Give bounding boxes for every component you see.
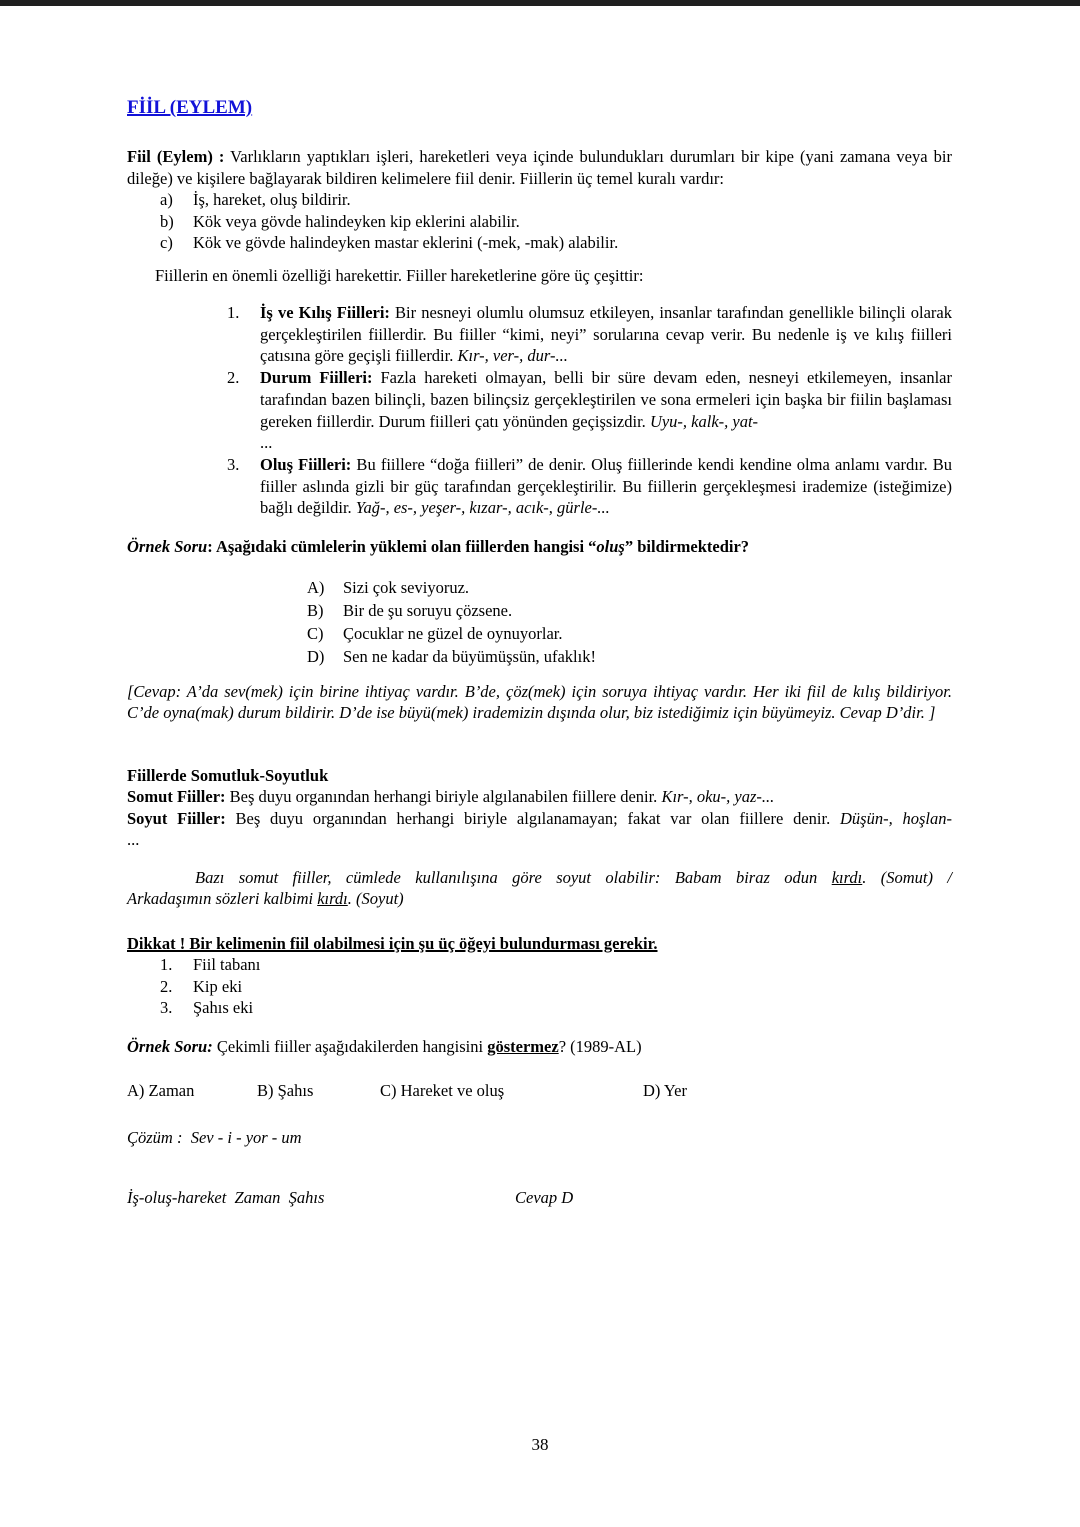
option-d: D) Yer — [643, 1080, 687, 1102]
item-examples: Kır-, ver-, dur-... — [457, 346, 567, 365]
option-label: D) — [307, 645, 343, 668]
item-text: Kip eki — [193, 977, 242, 996]
item-name: Durum Fiilleri: — [260, 368, 372, 387]
dikkat-heading: Dikkat ! Bir kelimenin fiil olabilmesi i… — [127, 933, 952, 955]
example-question-1: Örnek Soru: Aşağıdaki cümlelerin yüklemi… — [127, 536, 952, 558]
rules-list: a)İş, hareket, oluş bildirir. b)Kök veya… — [127, 189, 952, 254]
page-number: 38 — [0, 1434, 1080, 1456]
option-text: Sen ne kadar da büyümüşsün, ufaklık! — [343, 647, 596, 666]
question-colon: : — [207, 537, 216, 556]
verb-type-item: 1.İş ve Kılış Fiilleri: Bir nesneyi olum… — [127, 302, 952, 367]
page-title: FİİL (EYLEM) — [127, 97, 952, 119]
question-text: Aşağıdaki cümlelerin yüklemi olan fiille… — [216, 537, 596, 556]
intro-text: Varlıkların yaptıkları işleri, hareketle… — [127, 147, 952, 188]
question-label: Örnek Soru — [127, 537, 207, 556]
dikkat-list: 1.Fiil tabanı 2.Kip eki 3.Şahıs eki — [127, 954, 952, 1019]
note-text: Bazı somut fiiller, cümlede kullanılışın… — [195, 868, 832, 887]
note-line: Bazı somut fiiller, cümlede kullanılışın… — [127, 867, 952, 889]
note-slash: / — [947, 868, 952, 887]
somutluk-heading: Fiillerde Somutluk-Soyutluk — [127, 765, 952, 787]
rule-text: Kök ve gövde halindeyken mastar eklerini… — [193, 233, 618, 252]
option-row: C)Çocuklar ne güzel de oynuyorlar. — [127, 622, 952, 645]
note-text: . (Soyut) — [348, 889, 404, 908]
solution-text: Sev - i - yor - um — [191, 1128, 302, 1147]
option-label: C) — [307, 622, 343, 645]
transition-paragraph: Fiillerin en önemli özelliği harekettir.… — [127, 265, 952, 287]
item-number: 3. — [160, 997, 193, 1019]
somut-soyut-note: Bazı somut fiiller, cümlede kullanılışın… — [127, 867, 952, 910]
rule-item: a)İş, hareket, oluş bildirir. — [127, 189, 952, 211]
solution-label: Çözüm : — [127, 1128, 191, 1147]
item-name: Oluş Fiilleri: — [260, 455, 351, 474]
rule-item: c)Kök ve gövde halindeyken mastar ekleri… — [127, 232, 952, 254]
note-text: Arkadaşımın sözleri kalbimi — [127, 889, 317, 908]
option-label: A) — [307, 576, 343, 599]
note-text: . (Somut) — [862, 868, 933, 887]
question-label: Örnek Soru: — [127, 1037, 213, 1056]
item-examples: Yağ-, es-, yeşer-, kızar-, acık-, gürle-… — [356, 498, 610, 517]
question1-options: A)Sizi çok seviyoruz. B)Bir de şu soruyu… — [127, 576, 952, 668]
option-text: Çocuklar ne güzel de oynuyorlar. — [343, 624, 562, 643]
item-number: 1. — [227, 302, 260, 324]
question-keyword: oluş — [596, 537, 624, 556]
question-text-end: ” bildirmektedir? — [625, 537, 749, 556]
dikkat-item: 1.Fiil tabanı — [127, 954, 952, 976]
item-examples: Uyu-, kalk-, yat- — [650, 412, 758, 431]
soyut-line: Soyut Fiiller: Beş duyu organından herha… — [127, 808, 952, 830]
solution-line: Çözüm : Sev - i - yor - um — [127, 1127, 952, 1149]
somut-label: Somut Fiiller: — [127, 787, 226, 806]
item-text: Fiil tabanı — [193, 955, 260, 974]
item-name: İş ve Kılış Fiilleri: — [260, 303, 390, 322]
final-answer: Cevap D — [515, 1187, 573, 1209]
somut-line: Somut Fiiller: Beş duyu organından herha… — [127, 786, 952, 808]
note-underlined-word: kırdı — [317, 889, 348, 908]
option-text: Bir de şu soruyu çözsene. — [343, 601, 512, 620]
note-line: Arkadaşımın sözleri kalbimi kırdı. (Soyu… — [127, 888, 952, 910]
option-text: Sizi çok seviyoruz. — [343, 578, 469, 597]
option-label: B) — [307, 599, 343, 622]
option-row: B)Bir de şu soruyu çözsene. — [127, 599, 952, 622]
answer-explanation: [Cevap: A’da sev(mek) için birine ihtiya… — [127, 681, 952, 724]
rule-item: b)Kök veya gövde halindeyken kip eklerin… — [127, 211, 952, 233]
item-number: 1. — [160, 954, 193, 976]
verb-types-list: 1.İş ve Kılış Fiilleri: Bir nesneyi olum… — [127, 302, 952, 519]
item-text: Şahıs eki — [193, 998, 253, 1017]
option-row: D)Sen ne kadar da büyümüşsün, ufaklık! — [127, 645, 952, 668]
item-number: 3. — [227, 454, 260, 476]
intro-lead: Fiil (Eylem) : — [127, 147, 224, 166]
rule-text: Kök veya gövde halindeyken kip eklerini … — [193, 212, 520, 231]
analysis-line: İş-oluş-hareket Zaman Şahıs Cevap D — [127, 1187, 952, 1209]
intro-paragraph: Fiil (Eylem) : Varlıkların yaptıkları iş… — [127, 146, 952, 189]
rule-label: b) — [160, 211, 193, 233]
question-keyword: göstermez — [487, 1037, 558, 1056]
question-text-end: ? (1989-AL) — [559, 1037, 642, 1056]
option-b: B) Şahıs — [257, 1080, 313, 1102]
analysis-text: İş-oluş-hareket Zaman Şahıs — [127, 1188, 324, 1207]
item-number: 2. — [160, 976, 193, 998]
soyut-examples: Düşün-, hoşlan- — [840, 809, 952, 828]
document-page: FİİL (EYLEM) Fiil (Eylem) : Varlıkların … — [0, 6, 1080, 1209]
item-number: 2. — [227, 367, 260, 389]
rule-label: a) — [160, 189, 193, 211]
note-underlined-word: kırdı — [832, 868, 863, 887]
verb-type-item: 2.Durum Fiilleri: Fazla hareketi olmayan… — [127, 367, 952, 432]
soyut-continuation-ellipsis: ... — [127, 829, 952, 851]
rule-label: c) — [160, 232, 193, 254]
option-row: A)Sizi çok seviyoruz. — [127, 576, 952, 599]
item-continuation-ellipsis: ... — [127, 432, 952, 454]
option-a: A) Zaman — [127, 1080, 194, 1102]
soyut-label: Soyut Fiiller: — [127, 809, 226, 828]
verb-type-item: 3.Oluş Fiilleri: Bu fiillere “doğa fiill… — [127, 454, 952, 519]
option-c: C) Hareket ve oluş — [380, 1080, 504, 1102]
question2-options: A) Zaman B) Şahıs C) Hareket ve oluş D) … — [127, 1080, 952, 1102]
somut-examples: Kır-, oku-, yaz-... — [661, 787, 774, 806]
example-question-2: Örnek Soru: Çekimli fiiller aşağıdakiler… — [127, 1036, 952, 1058]
question-text: Çekimli fiiller aşağıdakilerden hangisin… — [213, 1037, 487, 1056]
dikkat-item: 2.Kip eki — [127, 976, 952, 998]
rule-text: İş, hareket, oluş bildirir. — [193, 190, 351, 209]
somut-text: Beş duyu organından herhangi biriyle alg… — [226, 787, 662, 806]
soyut-text: Beş duyu organından herhangi biriyle alg… — [226, 809, 840, 828]
dikkat-item: 3.Şahıs eki — [127, 997, 952, 1019]
